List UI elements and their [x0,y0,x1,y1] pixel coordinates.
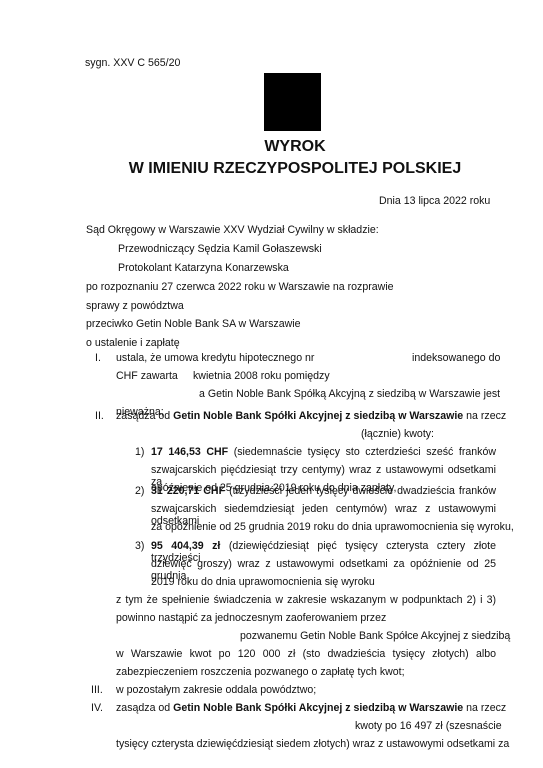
sub-item-number: 2) [135,485,144,497]
condition-line: powinno nastąpić za jednoczesnym zaofero… [116,612,386,624]
point-number: III. [91,684,103,696]
amount: 17 146,53 CHF [151,446,228,458]
point-text: a Getin Noble Bank Spółką Akcyjną z sied… [199,388,500,400]
point-text: kwietnia 2008 roku pomiędzy [193,370,330,382]
point-text: zasądza od Getin Noble Bank Spółki Akcyj… [116,702,506,714]
sub-item-line: 31 220,71 CHF (trzydzieści jeden tysięcy… [151,485,496,497]
text-segment: (trzydzieści jeden tysięcy dwieście dwad… [229,485,496,497]
text-segment: zasądza od [116,702,170,714]
sub-item-line: 2019 roku do dnia uprawomocnienia się wy… [151,576,375,588]
case-of-claimant: sprawy z powództwa [86,300,184,312]
document-subtitle: W IMIENIU RZECZYPOSPOLITEJ POLSKIEJ [0,160,543,178]
point-text: kwoty po 16 497 zł (szesnaście [355,720,502,732]
court-composition: Sąd Okręgowy w Warszawie XXV Wydział Cyw… [86,224,379,236]
text-segment: (siedemnaście tysięcy sto czterdzieści s… [234,446,496,458]
condition-line: zabezpieczeniem roszczenia pozwanego o z… [116,666,405,678]
sub-item-number: 3) [135,540,144,552]
case-subject: o ustalenie i zapłatę [86,337,180,349]
point-text: (łącznie) kwoty: [361,428,434,440]
point-number: II. [95,410,104,422]
text-segment: na rzecz [466,410,506,422]
presiding-judge: Przewodniczący Sędzia Kamil Gołaszewski [118,243,322,255]
document-title: WYROK [0,138,543,156]
point-text: CHF zawarta [116,370,178,382]
condition-line: w Warszawie kwot po 120 000 zł (sto dwad… [116,648,496,660]
point-text: w pozostałym zakresie oddala powództwo; [116,684,316,696]
case-signature: sygn. XXV C 565/20 [85,57,180,69]
amount: 95 404,39 zł [151,540,220,552]
point-number: I. [95,352,101,364]
point-text: zasądza od Getin Noble Bank Spółki Akcyj… [116,410,506,422]
point-text: ustala, że umowa kredytu hipotecznego nr [116,352,314,364]
condition-line: pozwanemu Getin Noble Bank Spółce Akcyjn… [240,630,510,642]
hearing-info: po rozpoznaniu 27 czerwca 2022 roku w Wa… [86,281,394,293]
text-segment: zasądza od [116,410,170,422]
sub-item-line: 17 146,53 CHF (siedemnaście tysięcy sto … [151,446,496,458]
point-text: indeksowanego do [412,352,500,364]
point-number: IV. [91,702,103,714]
redacted-emblem [264,73,321,131]
judgment-date: Dnia 13 lipca 2022 roku [379,195,490,207]
amount: 31 220,71 CHF [151,485,225,497]
condition-line: z tym że spełnienie świadczenia w zakres… [116,594,496,606]
court-clerk: Protokolant Katarzyna Konarzewska [118,262,289,274]
defendant-name: Getin Noble Bank Spółki Akcyjnej z siedz… [173,410,463,422]
defendant: przeciwko Getin Noble Bank SA w Warszawi… [86,318,301,330]
text-segment: na rzecz [466,702,506,714]
point-text: tysięcy czterysta dziewięćdziesiąt siede… [116,738,509,750]
sub-item-line: za opóźnienie od 25 grudnia 2019 roku do… [151,521,514,533]
sub-item-number: 1) [135,446,144,458]
defendant-name: Getin Noble Bank Spółki Akcyjnej z siedz… [173,702,463,714]
